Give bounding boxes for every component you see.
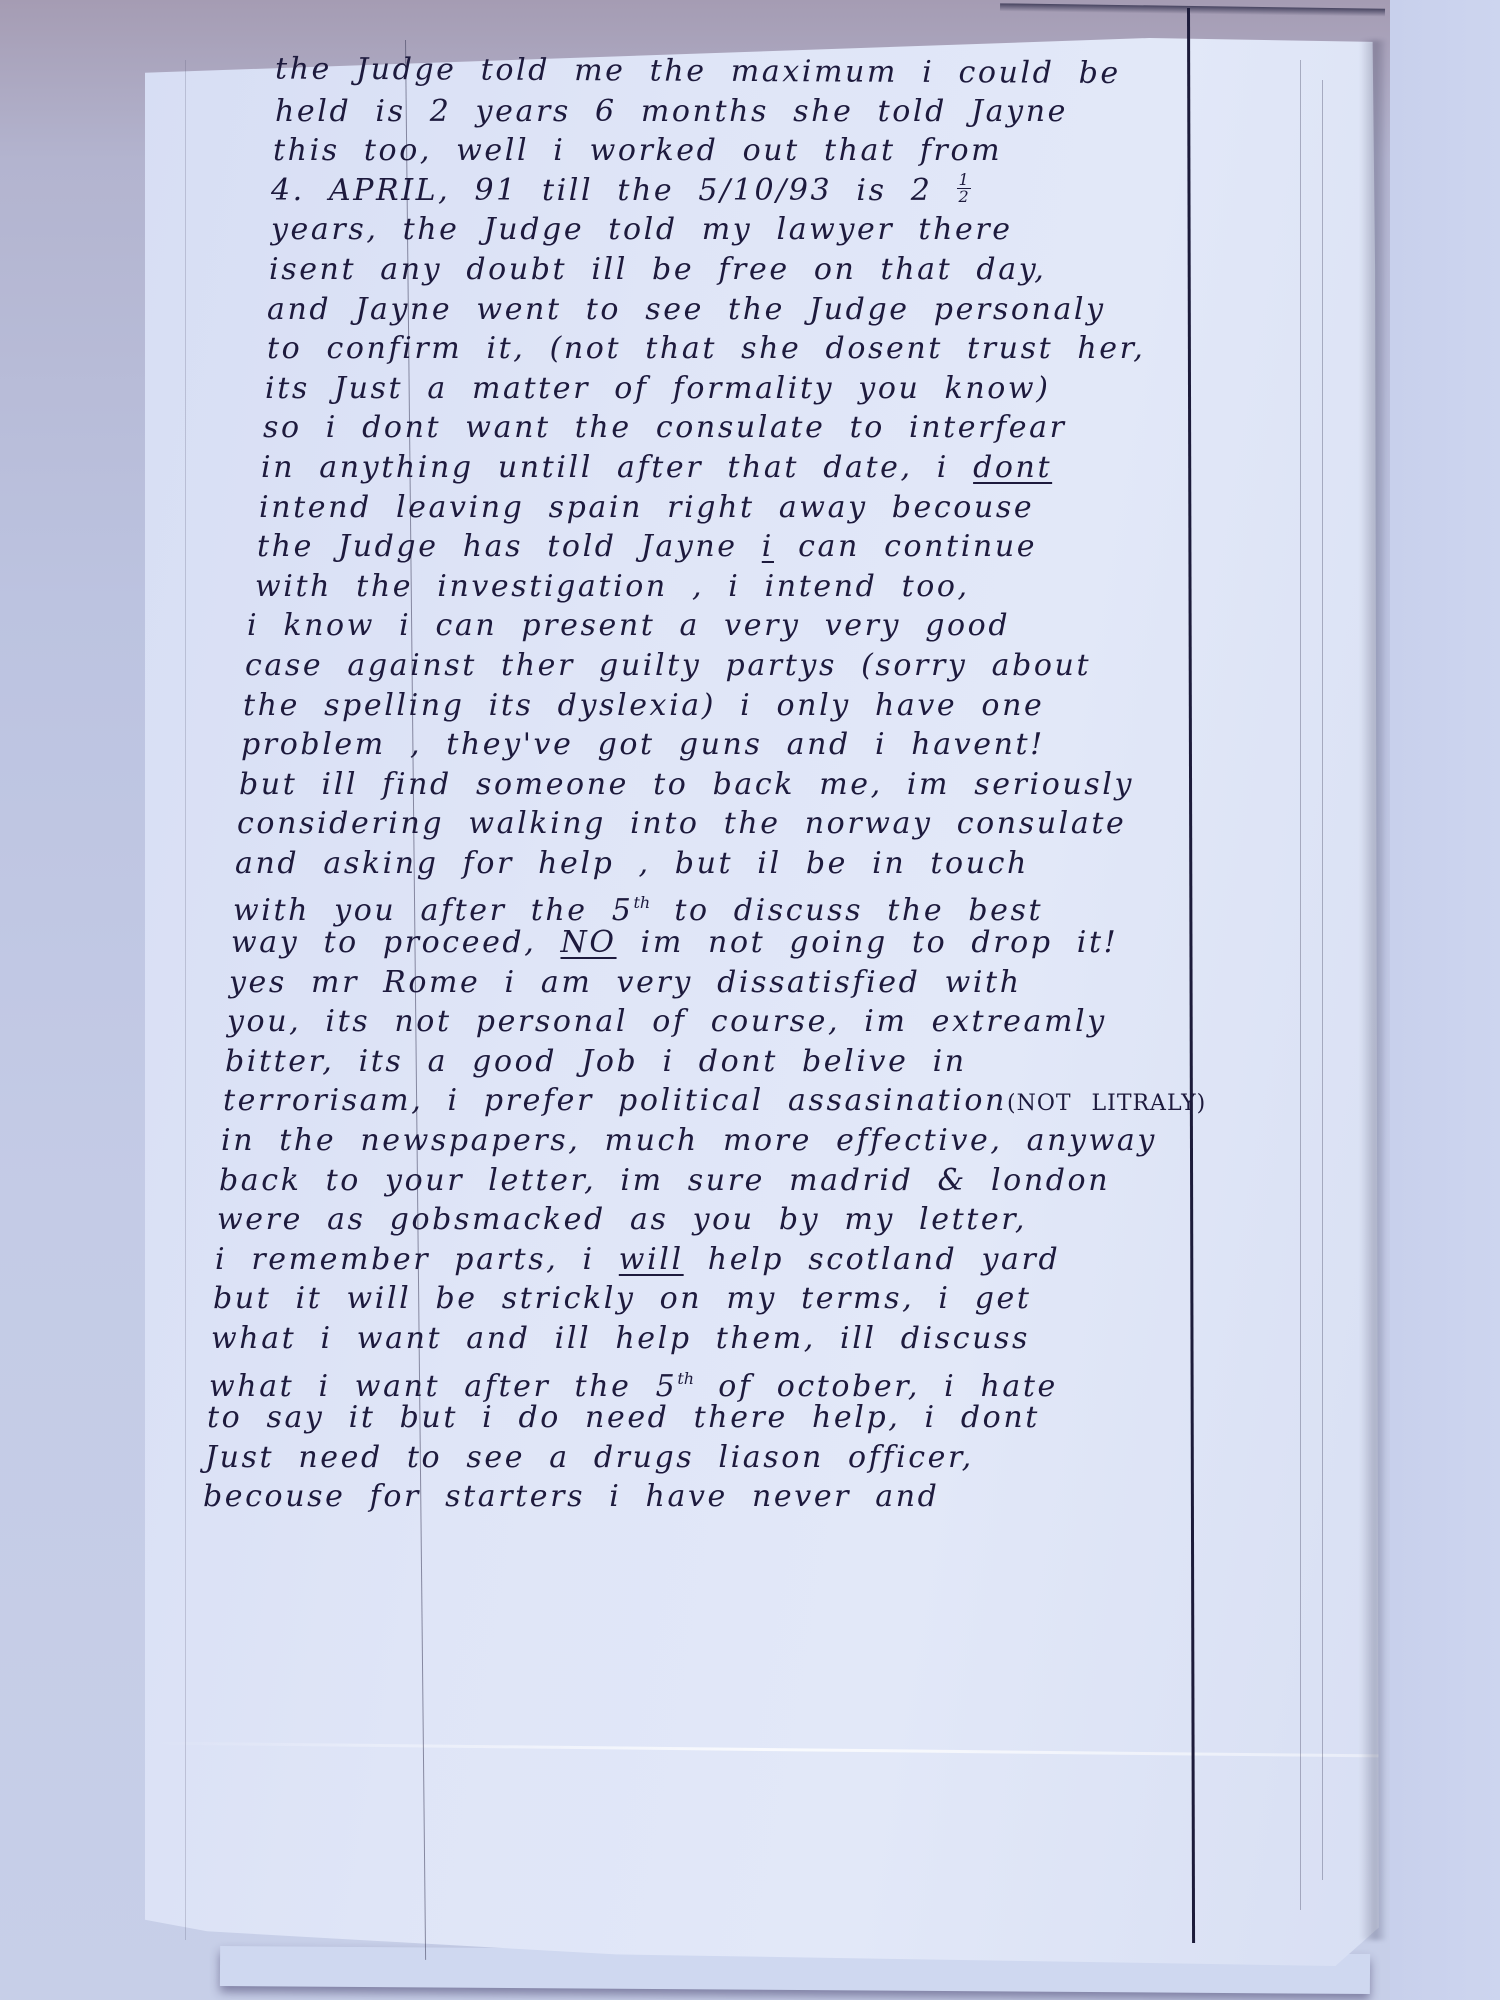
- line-text: i remember parts, i: [215, 1242, 619, 1277]
- underlined-word: NO: [561, 925, 617, 960]
- letter-line: to confirm it, (not that she dosent trus…: [185, 329, 1305, 369]
- underlined-word: dont: [973, 450, 1052, 485]
- letter-line: case against ther guilty partys (sorry a…: [185, 646, 1305, 686]
- letter-line: its Just a matter of formality you know): [185, 369, 1305, 409]
- letter-line: held is 2 years 6 months she told Jayne: [185, 92, 1305, 132]
- underlined-word: will: [619, 1242, 684, 1277]
- line-text: the Judge has told Jayne: [257, 529, 762, 564]
- line-text: im not going to drop it!: [617, 925, 1119, 960]
- letter-line: but ill find someone to back me, im seri…: [185, 765, 1305, 805]
- letter-line: Just need to see a drugs liason officer,: [185, 1438, 1305, 1478]
- letter-line: to say it but i do need there help, i do…: [185, 1398, 1305, 1438]
- letter-line: in the newspapers, much more effective, …: [185, 1121, 1305, 1161]
- letter-line: and Jayne went to see the Judge personal…: [185, 290, 1305, 330]
- photocopy-streak: [1322, 80, 1323, 1880]
- letter-line: back to your letter, im sure madrid & lo…: [185, 1161, 1305, 1201]
- letter-line: the Judge told me the maximum i could be: [185, 49, 1305, 94]
- letter-line: intend leaving spain right away becouse: [185, 488, 1305, 528]
- underlined-word: i: [762, 529, 774, 564]
- letter-line: the spelling its dyslexia) i only have o…: [185, 686, 1305, 726]
- letter-line: bitter, its a good Job i dont belive in: [185, 1042, 1305, 1082]
- ordinal-superscript: th: [677, 1369, 694, 1388]
- line-text: help scotland yard: [684, 1242, 1061, 1277]
- letter-line: 4. APRIL, 91 till the 5/10/93 is 2 12: [185, 171, 1305, 211]
- letter-line: with you after the 5th to discuss the be…: [185, 883, 1305, 923]
- letter-line: this too, well i worked out that from: [185, 131, 1305, 171]
- photocopy-edge-smudge: [1360, 40, 1386, 1940]
- letter-line: in anything untill after that date, i do…: [185, 448, 1305, 488]
- letter-line: terrorisam, i prefer political assasinat…: [185, 1081, 1305, 1121]
- letter-line: were as gobsmacked as you by my letter,: [185, 1200, 1305, 1240]
- line-text: in anything untill after that date, i: [261, 450, 973, 485]
- line-text: terrorisam, i prefer political assasinat…: [223, 1083, 1007, 1118]
- letter-body: the Judge told me the maximum i could be…: [185, 52, 1305, 1517]
- letter-line: and asking for help , but il be in touch: [185, 844, 1305, 884]
- background-surface: [1390, 0, 1500, 2000]
- line-text: way to proceed,: [231, 925, 561, 960]
- letter-line: what i want and ill help them, ill discu…: [185, 1319, 1305, 1359]
- ordinal-superscript: th: [633, 893, 650, 912]
- letter-line: with the investigation , i intend too,: [185, 567, 1305, 607]
- letter-line: isent any doubt ill be free on that day,: [185, 250, 1305, 290]
- letter-line: becouse for starters i have never and: [185, 1477, 1305, 1517]
- letter-line: you, its not personal of course, im extr…: [185, 1002, 1305, 1042]
- letter-line: but it will be strickly on my terms, i g…: [185, 1279, 1305, 1319]
- letter-line: way to proceed, NO im not going to drop …: [185, 923, 1305, 963]
- letter-line: i remember parts, i will help scotland y…: [185, 1240, 1305, 1280]
- letter-line: yes mr Rome i am very dissatisfied with: [185, 963, 1305, 1003]
- letter-line: considering walking into the norway cons…: [185, 804, 1305, 844]
- fraction-one-half: 12: [957, 172, 971, 205]
- date-range-text: 4. APRIL, 91 till the 5/10/93 is 2: [271, 173, 932, 208]
- caps-parenthetical: (NOT LITRALY): [1007, 1091, 1206, 1116]
- letter-line: the Judge has told Jayne i can continue: [185, 527, 1305, 567]
- paper-top-edge-shadow: [1000, 3, 1385, 16]
- line-text: can continue: [774, 529, 1037, 564]
- letter-line: i know i can present a very very good: [185, 606, 1305, 646]
- letter-line: so i dont want the consulate to interfea…: [185, 408, 1305, 448]
- letter-line: what i want after the 5th of october, i …: [185, 1359, 1305, 1399]
- letter-line: problem , they've got guns and i havent!: [185, 725, 1305, 765]
- letter-line: years, the Judge told my lawyer there: [185, 210, 1305, 250]
